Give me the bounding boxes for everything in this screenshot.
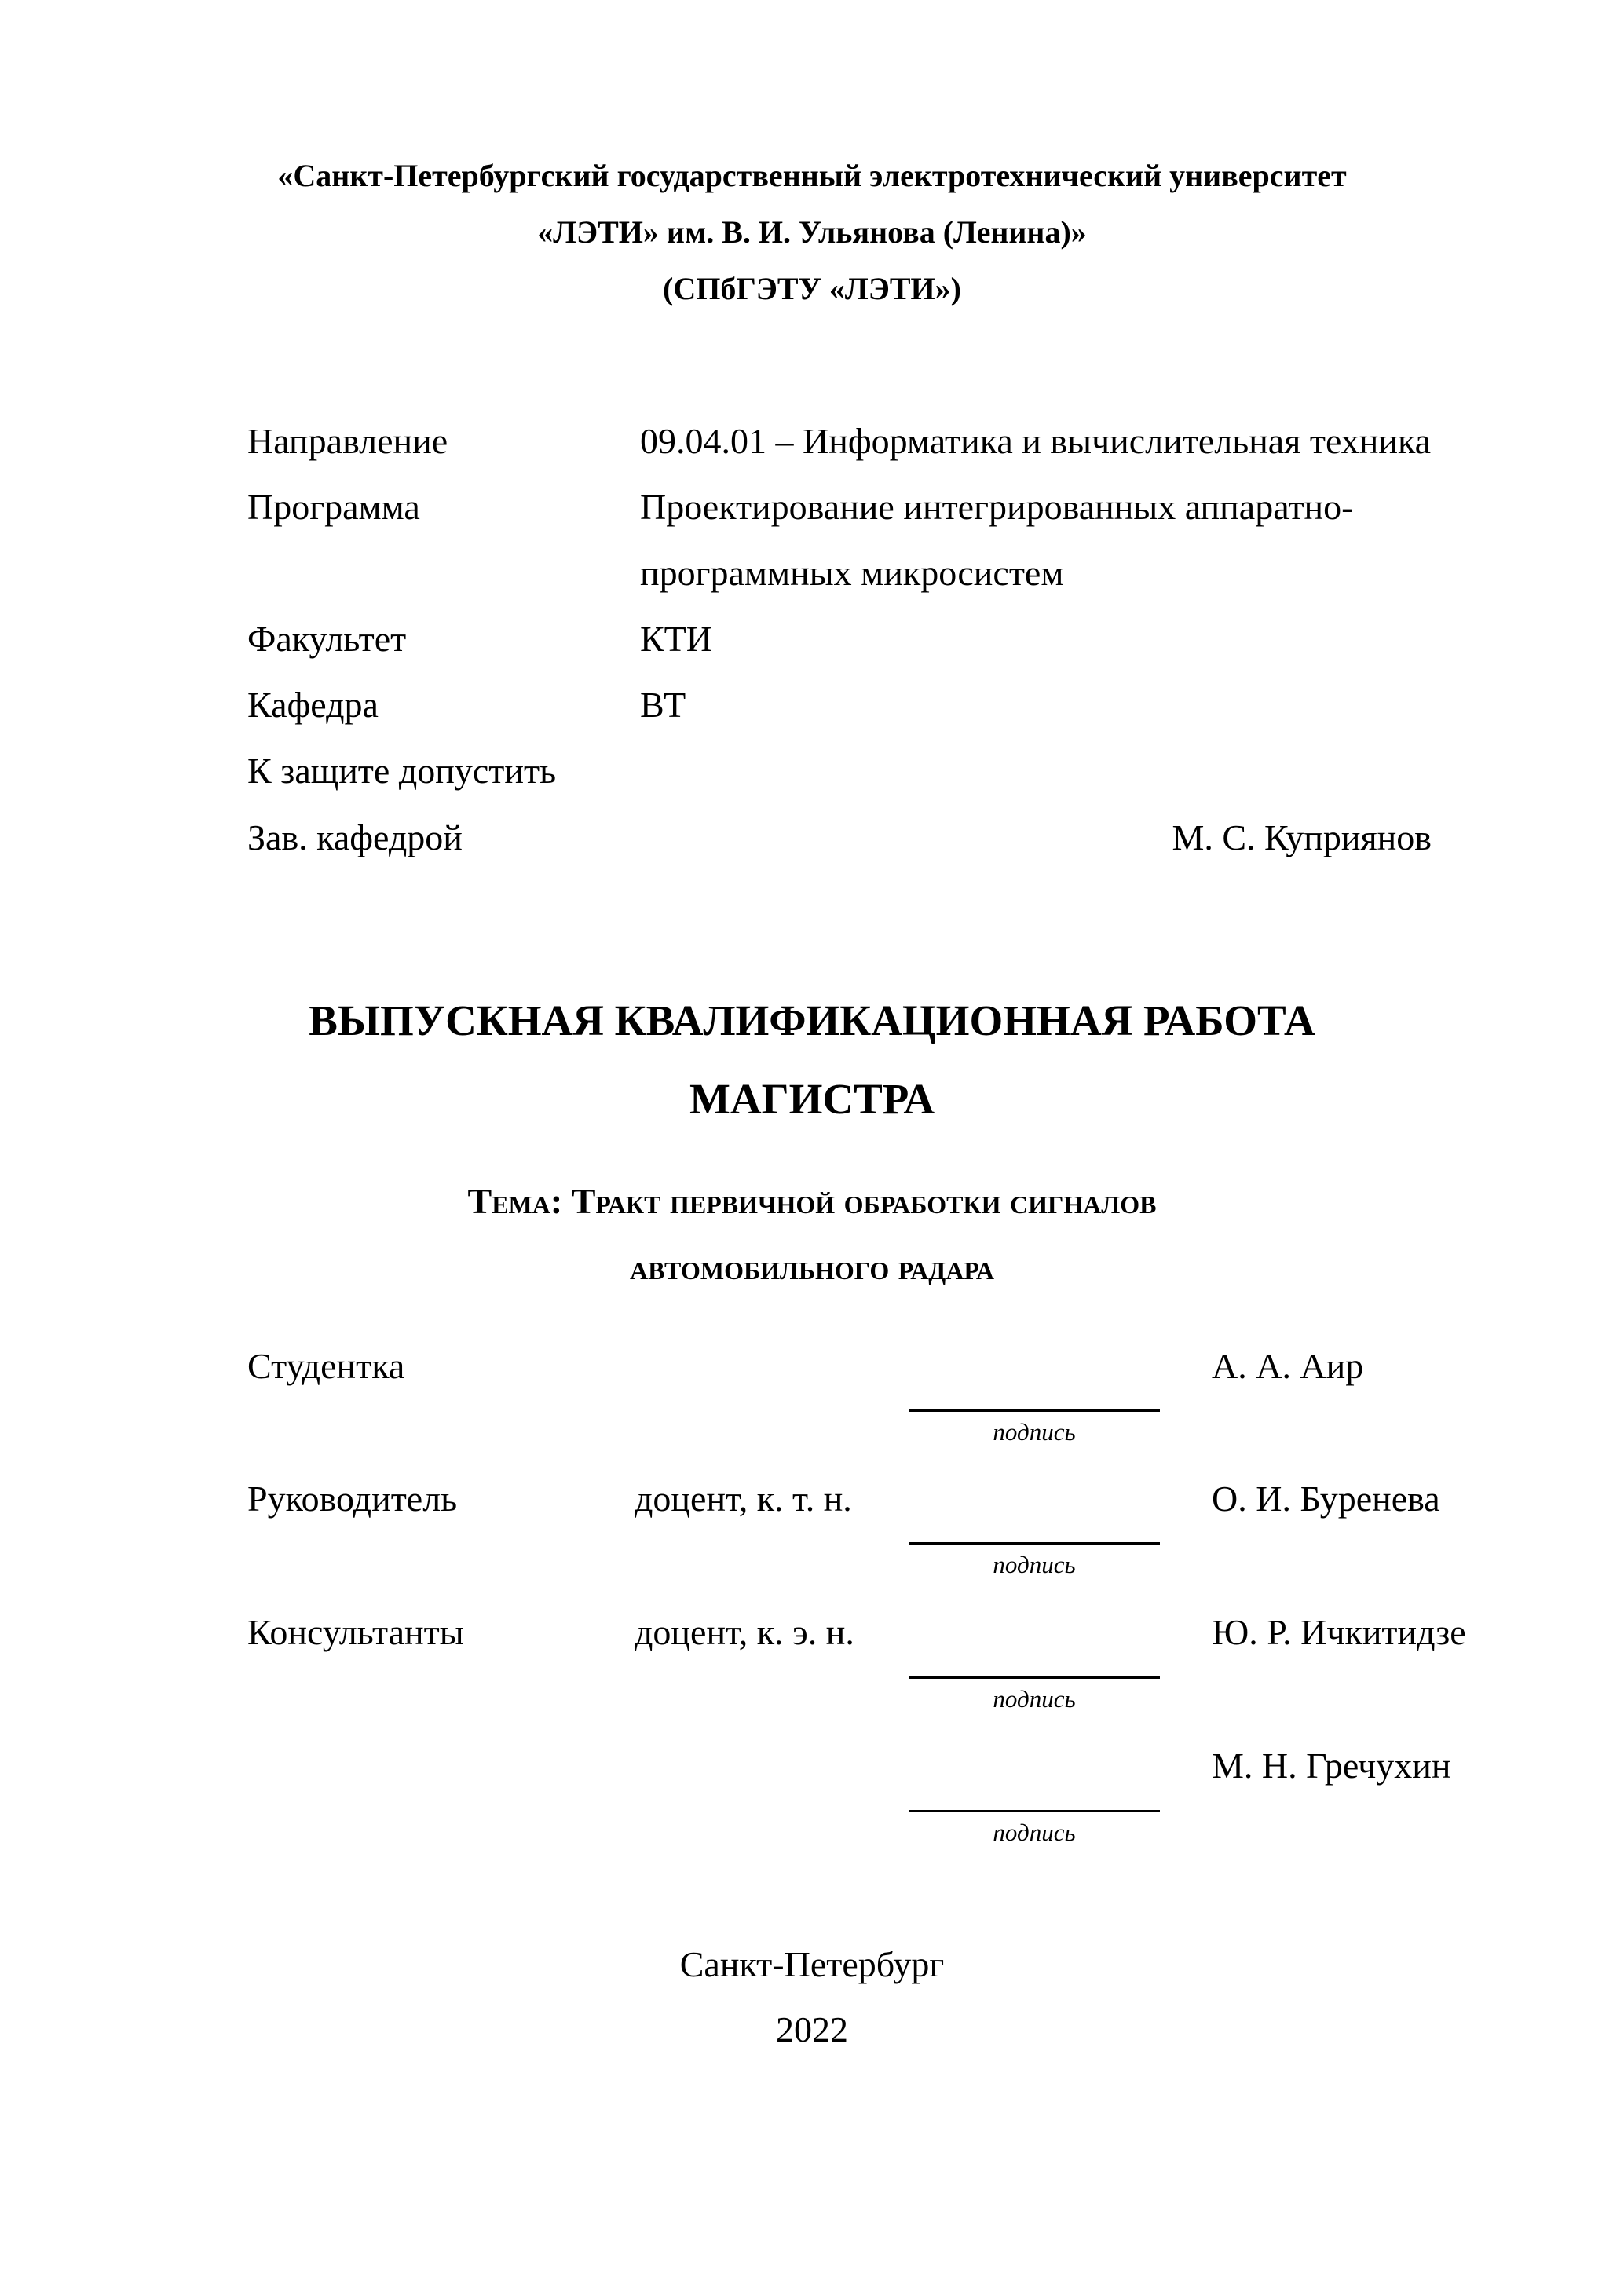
- thesis-title-line-2: МАГИСТРА: [0, 1077, 1624, 1121]
- head-of-department-label: Зав. кафедрой: [247, 820, 463, 856]
- university-abbreviation: (СПбГЭТУ «ЛЭТИ»): [0, 273, 1624, 305]
- signature-name: А. А. Аир: [1212, 1348, 1363, 1384]
- admit-to-defense-label: К защите допустить: [247, 753, 556, 789]
- signature-caption: подпись: [909, 1420, 1160, 1444]
- signature-line: [909, 1542, 1160, 1545]
- university-name-line-1: «Санкт-Петербургский государственный эле…: [0, 160, 1624, 192]
- faculty-label: Факультет: [247, 621, 406, 657]
- signature-role: Руководитель: [247, 1481, 457, 1517]
- department-value: ВТ: [640, 687, 686, 723]
- head-of-department-name: М. С. Куприянов: [1172, 820, 1432, 856]
- year: 2022: [0, 2012, 1624, 2048]
- signature-line: [909, 1409, 1160, 1412]
- signature-position: доцент, к. т. н.: [635, 1481, 852, 1517]
- signature-role: Консультанты: [247, 1614, 464, 1651]
- signature-name: Ю. Р. Ичкитидзе: [1212, 1614, 1466, 1651]
- program-value-line-2: программных микросистем: [640, 555, 1063, 591]
- program-value-line-1: Проектирование интегрированных аппаратно…: [640, 489, 1353, 525]
- signature-name: О. И. Буренева: [1212, 1481, 1440, 1517]
- city: Санкт-Петербург: [0, 1947, 1624, 1983]
- signature-caption: подпись: [909, 1820, 1160, 1844]
- department-label: Кафедра: [247, 687, 379, 723]
- signature-role: Студентка: [247, 1348, 404, 1384]
- direction-value: 09.04.01 – Информатика и вычислительная …: [640, 423, 1431, 459]
- direction-label: Направление: [247, 423, 448, 459]
- signature-caption: подпись: [909, 1552, 1160, 1577]
- program-label: Программа: [247, 489, 420, 525]
- university-name-line-2: «ЛЭТИ» им. В. И. Ульянова (Ленина)»: [0, 217, 1624, 248]
- faculty-value: КТИ: [640, 621, 712, 657]
- signature-line: [909, 1676, 1160, 1679]
- topic-line-1: Тема: Тракт первичной обработки сигналов: [0, 1183, 1624, 1219]
- signature-position: доцент, к. э. н.: [635, 1614, 854, 1651]
- topic-line-2: автомобильного радара: [0, 1249, 1624, 1285]
- signature-line: [909, 1810, 1160, 1812]
- signature-caption: подпись: [909, 1687, 1160, 1711]
- thesis-title-line-1: ВЫПУСКНАЯ КВАЛИФИКАЦИОННАЯ РАБОТА: [0, 999, 1624, 1042]
- signature-name: М. Н. Гречухин: [1212, 1748, 1450, 1784]
